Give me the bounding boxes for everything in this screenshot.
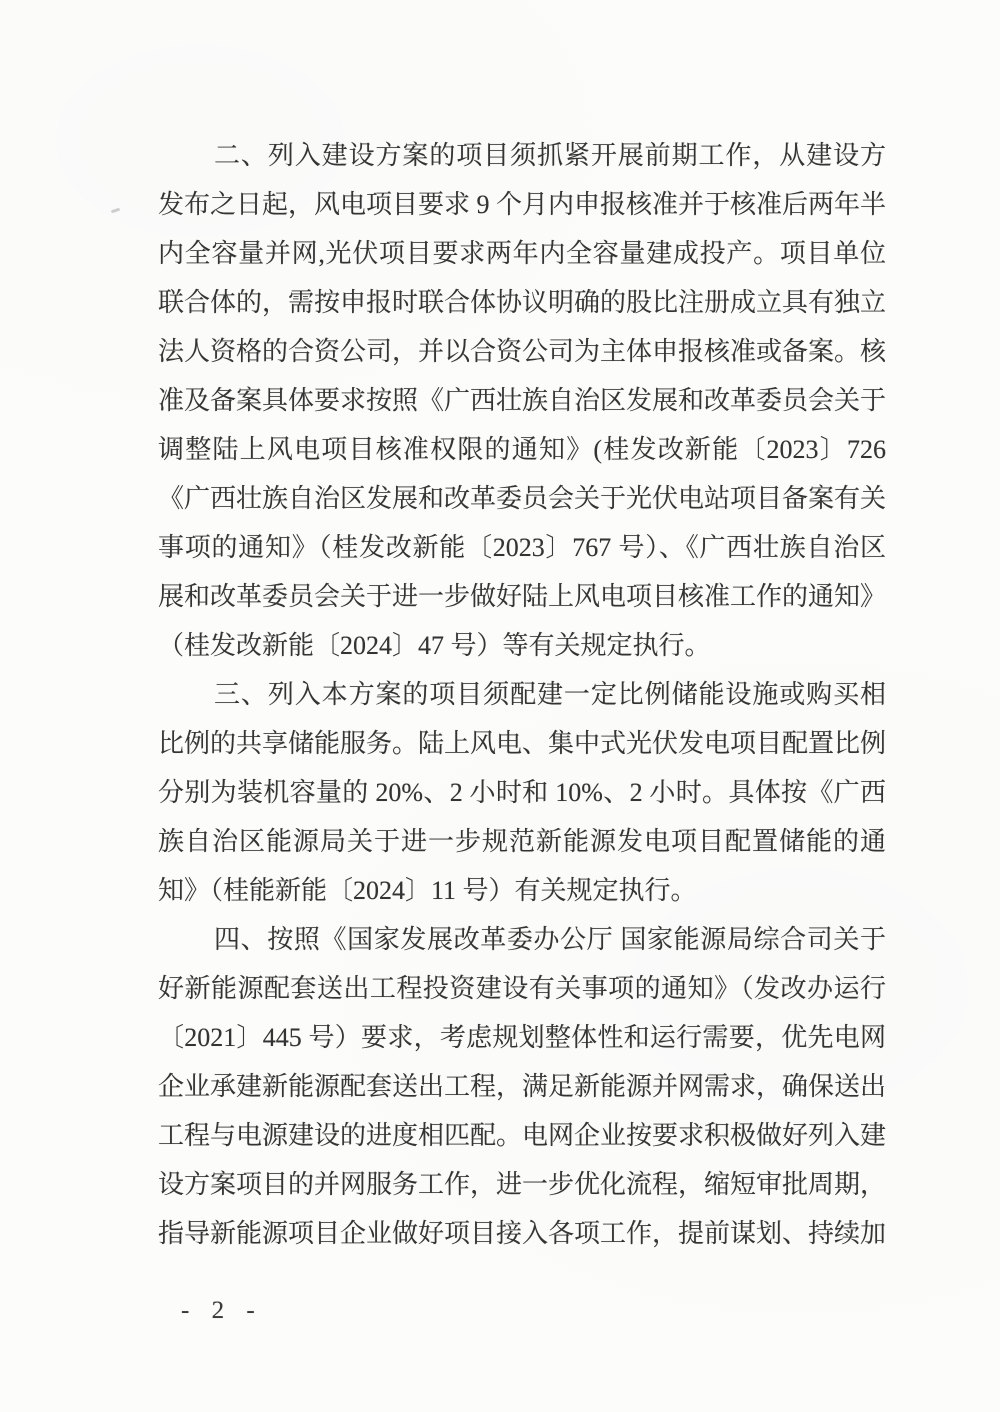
text-line: 企业承建新能源配套送出工程，满足新能源并网需求，确保送出 <box>158 1062 886 1111</box>
text-line: 比例的共享储能服务。陆上风电、集中式光伏发电项目配置比例 <box>158 719 886 768</box>
document-body: 二、列入建设方案的项目须抓紧开展前期工作，从建设方案发布之日起，风电项目要求 9… <box>158 131 886 1258</box>
text-line: 知》（桂能新能〔2024〕11 号）有关规定执行。 <box>158 866 886 915</box>
text-line: （桂发改新能〔2024〕47 号）等有关规定执行。 <box>158 621 886 670</box>
text-line: 联合体的，需按申报时联合体协议明确的股比注册成立具有独立 <box>158 278 886 327</box>
text-line: 〔2021〕445 号）要求，考虑规划整体性和运行需要，优先电网 <box>158 1013 886 1062</box>
text-line: 分别为装机容量的 20%、2 小时和 10%、2 小时。具体按《广西壮 <box>158 768 886 817</box>
scan-artifact <box>111 208 120 214</box>
text-line: 好新能源配套送出工程投资建设有关事项的通知》（发改办运行 <box>158 964 886 1013</box>
text-line: 法人资格的合资公司，并以合资公司为主体申报核准或备案。核 <box>158 327 886 376</box>
text-line: 《广西壮族自治区发展和改革委员会关于光伏电站项目备案有关 <box>158 474 886 523</box>
document-page: 二、列入建设方案的项目须抓紧开展前期工作，从建设方案发布之日起，风电项目要求 9… <box>0 0 1000 1412</box>
text-line: 三、列入本方案的项目须配建一定比例储能设施或购买相应 <box>158 670 886 719</box>
text-line: 指导新能源项目企业做好项目接入各项工作，提前谋划、持续加 <box>158 1209 886 1258</box>
text-line: 设方案项目的并网服务工作，进一步优化流程，缩短审批周期， <box>158 1160 886 1209</box>
text-line: 二、列入建设方案的项目须抓紧开展前期工作，从建设方案 <box>158 131 886 180</box>
text-line: 发布之日起，风电项目要求 9 个月内申报核准并于核准后两年半 <box>158 180 886 229</box>
text-line: 事项的通知》（桂发改新能〔2023〕767 号）、《广西壮族自治区发 <box>158 523 886 572</box>
text-line: 准及备案具体要求按照《广西壮族自治区发展和改革委员会关于 <box>158 376 886 425</box>
text-line: 四、按照《国家发展改革委办公厅 国家能源局综合司关于做 <box>158 915 886 964</box>
text-line: 族自治区能源局关于进一步规范新能源发电项目配置储能的通 <box>158 817 886 866</box>
text-line: 工程与电源建设的进度相匹配。电网企业按要求积极做好列入建 <box>158 1111 886 1160</box>
page-number: - 2 - <box>181 1295 263 1327</box>
text-line: 展和改革委员会关于进一步做好陆上风电项目核准工作的通知》 <box>158 572 886 621</box>
text-line: 调整陆上风电项目核准权限的通知》(桂发改新能〔2023〕726 号)、 <box>158 425 886 474</box>
text-line: 内全容量并网,光伏项目要求两年内全容量建成投产。项目单位为 <box>158 229 886 278</box>
